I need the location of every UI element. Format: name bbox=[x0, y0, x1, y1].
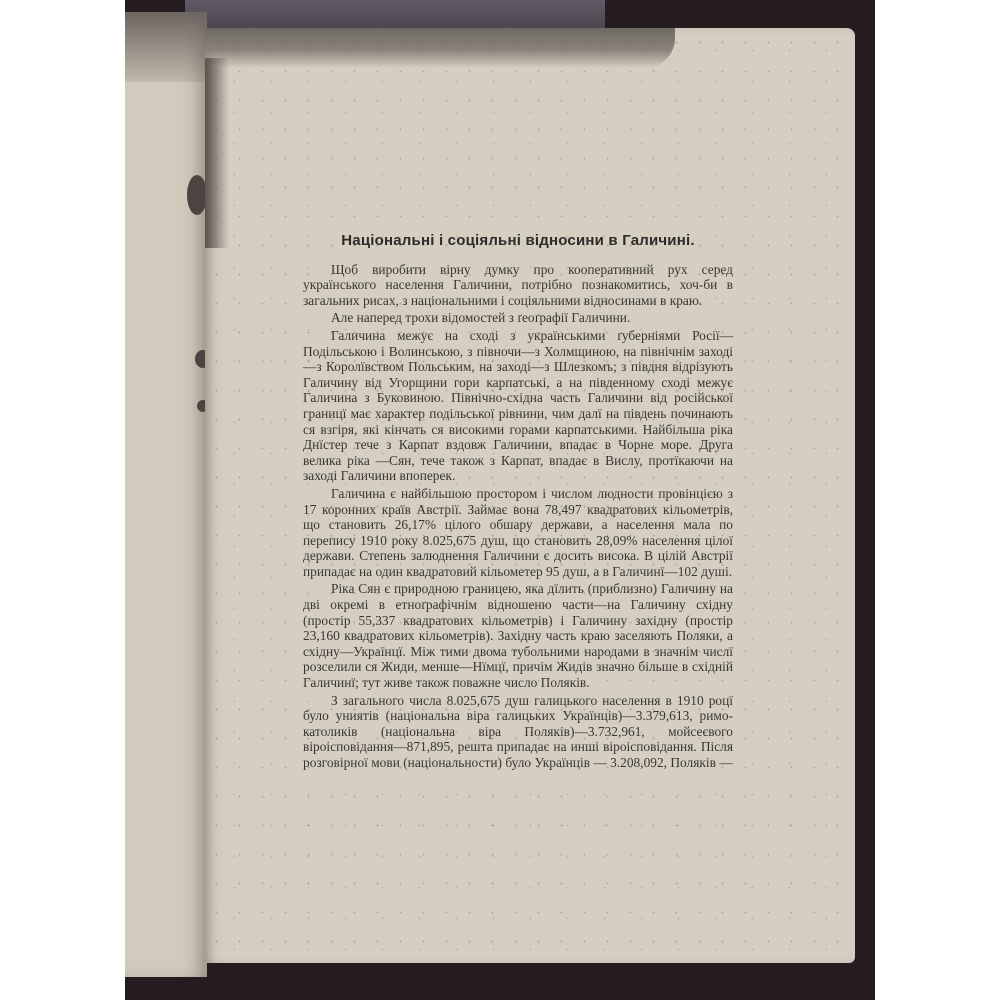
left-page bbox=[125, 12, 207, 977]
book-photo: Національні і соціяльні відносини в Гали… bbox=[125, 0, 875, 1000]
paragraph: Галичина межує на сході з українськими ґ… bbox=[303, 328, 733, 484]
water-stain bbox=[187, 175, 207, 215]
top-water-stain bbox=[205, 28, 675, 68]
page-title: Національні і соціяльні відносини в Гали… bbox=[293, 233, 743, 249]
paragraph: Але наперед трохи відомостей з ґеоґрафії… bbox=[303, 310, 733, 326]
right-page: Національні і соціяльні відносини в Гали… bbox=[205, 28, 855, 963]
paragraph: Галичина є найбільшою простором і числом… bbox=[303, 486, 733, 580]
paragraph: Ріка Сян є природною границею, яка дїлит… bbox=[303, 581, 733, 690]
paragraph: Щоб виробити вірну думку про кооперативн… bbox=[303, 262, 733, 309]
paragraph: З загального числа 8.025,675 душ галицьк… bbox=[303, 693, 733, 771]
left-page-stain bbox=[125, 12, 207, 82]
gutter-stain bbox=[205, 58, 229, 248]
page-text: Національні і соціяльні відносини в Гали… bbox=[303, 233, 733, 771]
